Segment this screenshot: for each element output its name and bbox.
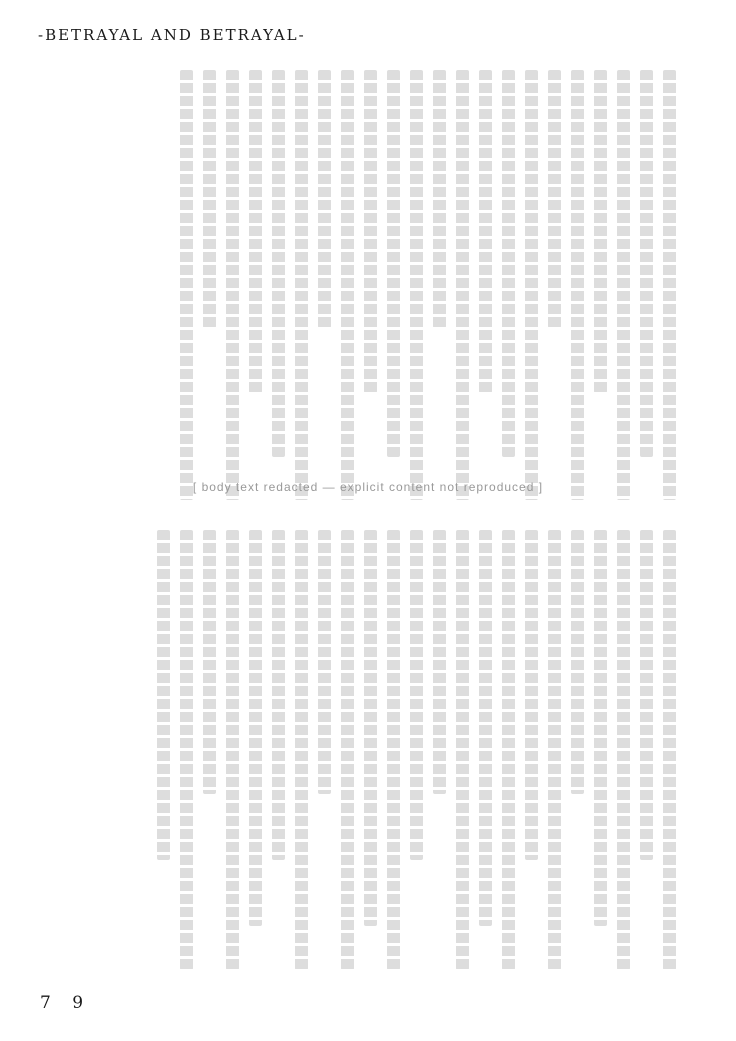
text-column-placeholder	[226, 530, 239, 970]
text-column-placeholder	[341, 530, 354, 970]
text-column-placeholder	[249, 530, 262, 926]
text-column-placeholder	[180, 530, 193, 970]
text-column-placeholder	[318, 70, 331, 328]
text-column-placeholder	[180, 70, 193, 500]
text-column-placeholder	[617, 530, 630, 970]
text-column-placeholder	[502, 530, 515, 970]
text-column-placeholder	[571, 530, 584, 794]
text-column-placeholder	[571, 70, 584, 500]
text-column-placeholder	[663, 70, 676, 500]
text-column-placeholder	[387, 70, 400, 457]
text-column-placeholder	[433, 70, 446, 328]
text-column-placeholder	[525, 530, 538, 860]
lower-text-block-redacted	[55, 530, 676, 970]
text-column-placeholder	[594, 530, 607, 926]
text-column-placeholder	[548, 70, 561, 328]
text-column-placeholder	[226, 70, 239, 500]
text-column-placeholder	[640, 530, 653, 860]
text-column-placeholder	[410, 530, 423, 860]
text-column-placeholder	[617, 70, 630, 500]
text-column-placeholder	[640, 70, 653, 457]
text-column-placeholder	[456, 530, 469, 970]
text-column-placeholder	[502, 70, 515, 457]
text-column-placeholder	[663, 530, 676, 970]
text-column-placeholder	[295, 530, 308, 970]
text-column-placeholder	[479, 530, 492, 926]
text-column-placeholder	[272, 70, 285, 457]
text-column-placeholder	[249, 70, 262, 393]
text-column-placeholder	[387, 530, 400, 970]
text-column-placeholder	[157, 530, 170, 860]
text-column-placeholder	[548, 530, 561, 970]
text-column-placeholder	[203, 530, 216, 794]
page-number: 7 9	[40, 993, 91, 1013]
redaction-note: [ body text redacted — explicit content …	[0, 480, 736, 494]
text-column-placeholder	[203, 70, 216, 328]
text-column-placeholder	[433, 530, 446, 794]
upper-text-block-redacted	[150, 70, 676, 500]
text-column-placeholder	[295, 70, 308, 500]
text-column-placeholder	[272, 530, 285, 860]
text-column-placeholder	[525, 70, 538, 500]
text-column-placeholder	[318, 530, 331, 794]
text-column-placeholder	[364, 530, 377, 926]
text-column-placeholder	[410, 70, 423, 500]
text-column-placeholder	[594, 70, 607, 393]
text-column-placeholder	[456, 70, 469, 500]
text-column-placeholder	[341, 70, 354, 500]
page-header-title: -BETRAYAL AND BETRAYAL-	[38, 26, 306, 44]
text-column-placeholder	[364, 70, 377, 393]
text-column-placeholder	[479, 70, 492, 393]
